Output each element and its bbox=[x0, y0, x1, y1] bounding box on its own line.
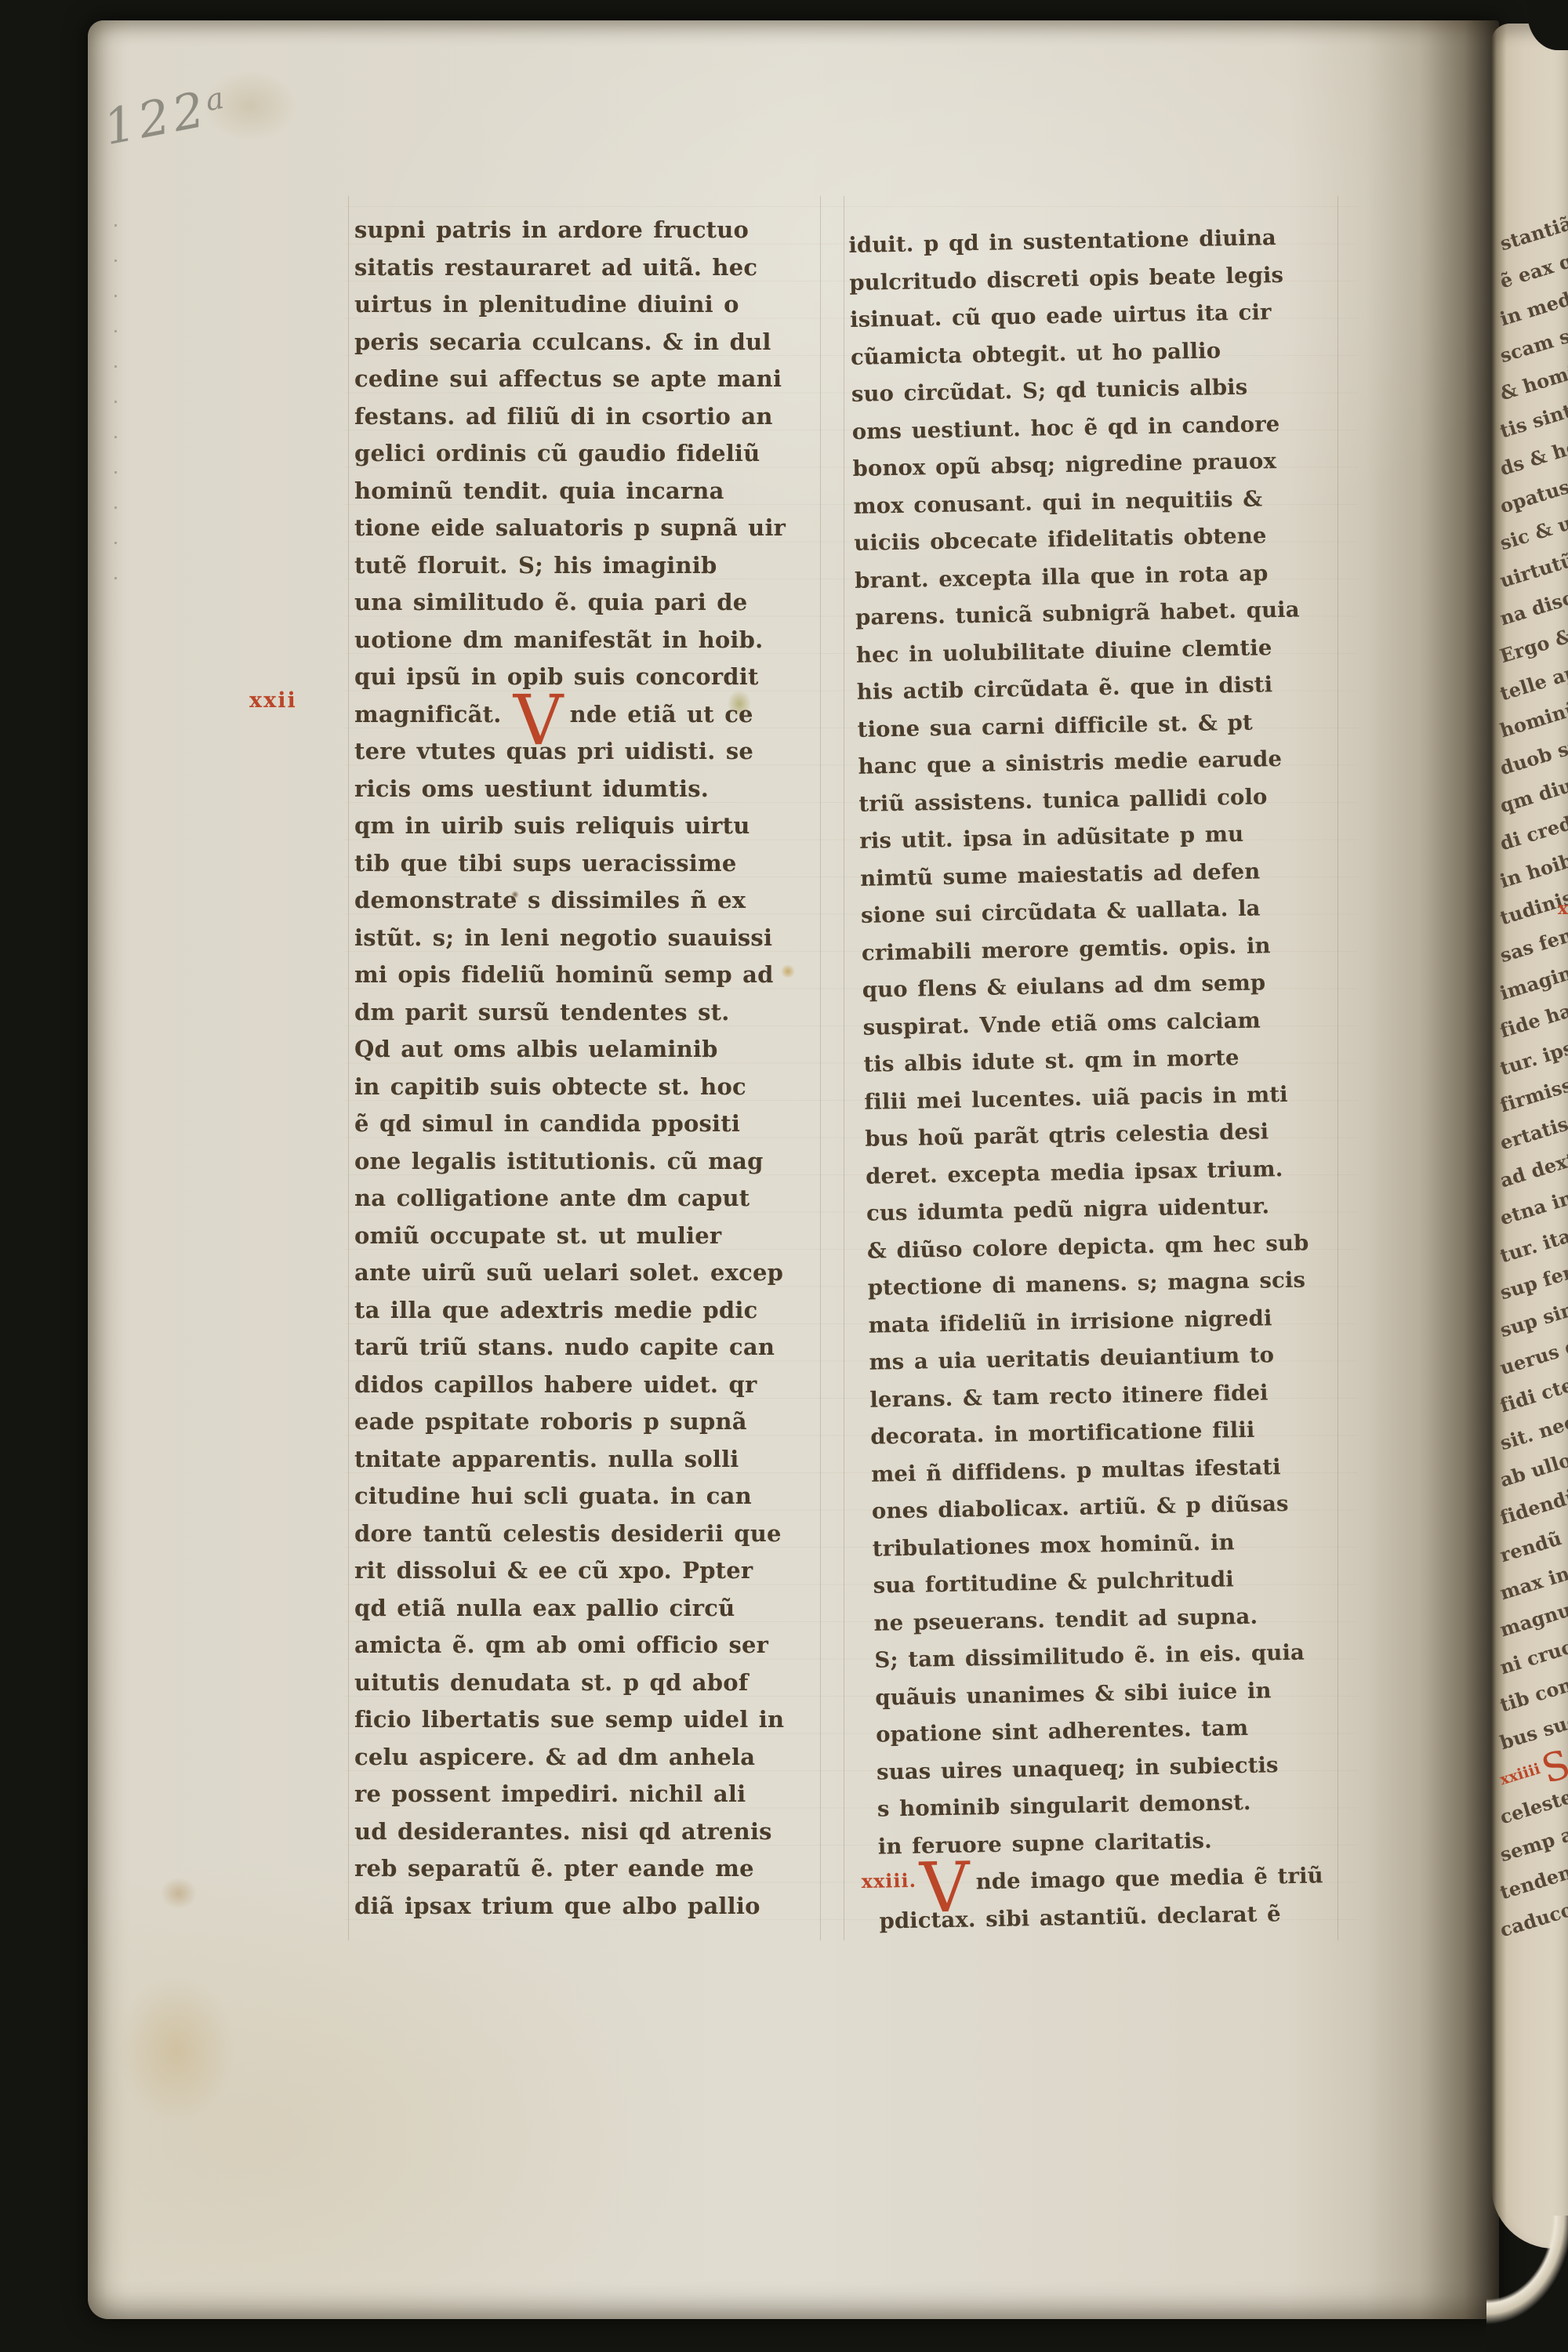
text-line: tere vtutes quas pri uidisti. se bbox=[354, 733, 825, 771]
text-line: festans. ad filiũ di in csortio an bbox=[354, 398, 825, 436]
text-line: uirtus in plenitudine diuini o bbox=[354, 286, 825, 324]
text-line: ficio libertatis sue semp uidel in bbox=[354, 1701, 825, 1739]
text-line: magnificãt. Vnde etiã ut ce bbox=[354, 696, 825, 734]
text-line: qui ipsũ in opib suis concordit bbox=[354, 659, 825, 696]
text-line: didos capillos habere uidet. qr bbox=[354, 1367, 825, 1404]
text-line: dore tantũ celestis desiderii que bbox=[354, 1515, 825, 1553]
edge-rubric-mark: xx bbox=[1558, 898, 1568, 920]
text-line: uitutis denudata st. p qd abof bbox=[354, 1664, 825, 1702]
text-line: rit dissolui & ee cũ xpo. Ppter bbox=[354, 1552, 825, 1590]
text-line: supni patris in ardore fructuo bbox=[354, 212, 825, 249]
text-line: citudine hui scli guata. in can bbox=[354, 1478, 825, 1515]
text-segment: magnificãt. bbox=[354, 701, 512, 728]
facing-page-text-column: stantiã. que cẽ eax que sibin medio huis… bbox=[1501, 226, 1568, 1950]
text-line: tione eide saluatoris p supnã uir bbox=[354, 510, 825, 547]
pricking-holes bbox=[114, 224, 117, 601]
right-text-column: iduit. p qd in sustentatione diuinapulcr… bbox=[848, 218, 1381, 1940]
chapter-marker-xxii: xxii bbox=[249, 688, 297, 713]
text-line: istũt. s; in leni negotio suauissi bbox=[354, 920, 825, 957]
book-fore-edge bbox=[1486, 2216, 1568, 2352]
text-line: ante uirũ suũ uelari solet. excep bbox=[354, 1254, 825, 1292]
text-line: celu aspicere. & ad dm anhela bbox=[354, 1739, 825, 1777]
text-line: ta illa que adextris medie pdic bbox=[354, 1292, 825, 1330]
column-rule bbox=[844, 196, 844, 1940]
left-text-column: supni patris in ardore fructuositatis re… bbox=[354, 212, 825, 1925]
text-line: mi opis fideliũ hominũ semp ad bbox=[354, 956, 825, 994]
text-line: ricis oms uestiunt idumtis. bbox=[354, 771, 825, 808]
text-line: eade pspitate roboris p supnã bbox=[354, 1403, 825, 1441]
text-line: amicta ẽ. qm ab omi officio ser bbox=[354, 1627, 825, 1664]
text-line: tutẽ floruit. S; his imaginib bbox=[354, 547, 825, 585]
text-line: hominũ tendit. quia incarna bbox=[354, 473, 825, 510]
text-line: qm in uirib suis reliquis uirtu bbox=[354, 808, 825, 845]
text-line: Qd aut oms albis uelaminib bbox=[354, 1031, 825, 1069]
text-line: demonstrate s dissimiles ñ ex bbox=[354, 882, 825, 920]
parchment-stain bbox=[118, 1976, 235, 2125]
text-line: gelici ordinis cũ gaudio fideliũ bbox=[354, 435, 825, 473]
text-segment: nde imago que media ẽ triũ bbox=[975, 1863, 1323, 1894]
text-line: ud desiderantes. nisi qd atrenis bbox=[354, 1813, 825, 1851]
text-segment: nde etiã ut ce bbox=[570, 701, 753, 728]
text-line: diã ipsax trium que albo pallio bbox=[354, 1888, 825, 1926]
text-line: na colligatione ante dm caput bbox=[354, 1180, 825, 1218]
text-line: dm parit sursũ tendentes st. bbox=[354, 994, 825, 1032]
chapter-marker: xxiiii bbox=[1498, 1760, 1543, 1788]
text-line: ẽ qd simul in candida ppositi bbox=[354, 1105, 825, 1143]
text-line: tib que tibi sups ueracissime bbox=[354, 845, 825, 883]
column-rule bbox=[348, 196, 349, 1940]
text-line: re possent impediri. nichil ali bbox=[354, 1776, 825, 1813]
text-line: uotione dm manifestãt in hoib. bbox=[354, 622, 825, 659]
text-line: sitatis restauraret ad uitã. hec bbox=[354, 249, 825, 287]
binding-gutter-shadow bbox=[1366, 20, 1499, 2319]
text-line: cedine sui affectus se apte mani bbox=[354, 361, 825, 398]
chapter-marker: xxiii. bbox=[861, 1869, 916, 1893]
text-line: qd etiã nulla eax pallio circũ bbox=[354, 1590, 825, 1628]
text-line: una similitudo ẽ. quia pari de bbox=[354, 584, 825, 622]
text-line: omiũ occupate st. ut mulier bbox=[354, 1218, 825, 1255]
text-line: reb separatũ ẽ. pter eande me bbox=[354, 1850, 825, 1888]
text-line: tnitate apparentis. nulla solli bbox=[354, 1441, 825, 1479]
text-line: in capitib suis obtecte st. hoc bbox=[354, 1069, 825, 1106]
text-line: tarũ triũ stans. nudo capite can bbox=[354, 1329, 825, 1367]
parchment-stain bbox=[161, 1878, 197, 1909]
text-line: peris secaria cculcans. & in dul bbox=[354, 324, 825, 361]
manuscript-photo: 122a xxii supni patris in ardore fructuo… bbox=[0, 0, 1568, 2352]
text-line: one legalis istitutionis. cũ mag bbox=[354, 1143, 825, 1181]
